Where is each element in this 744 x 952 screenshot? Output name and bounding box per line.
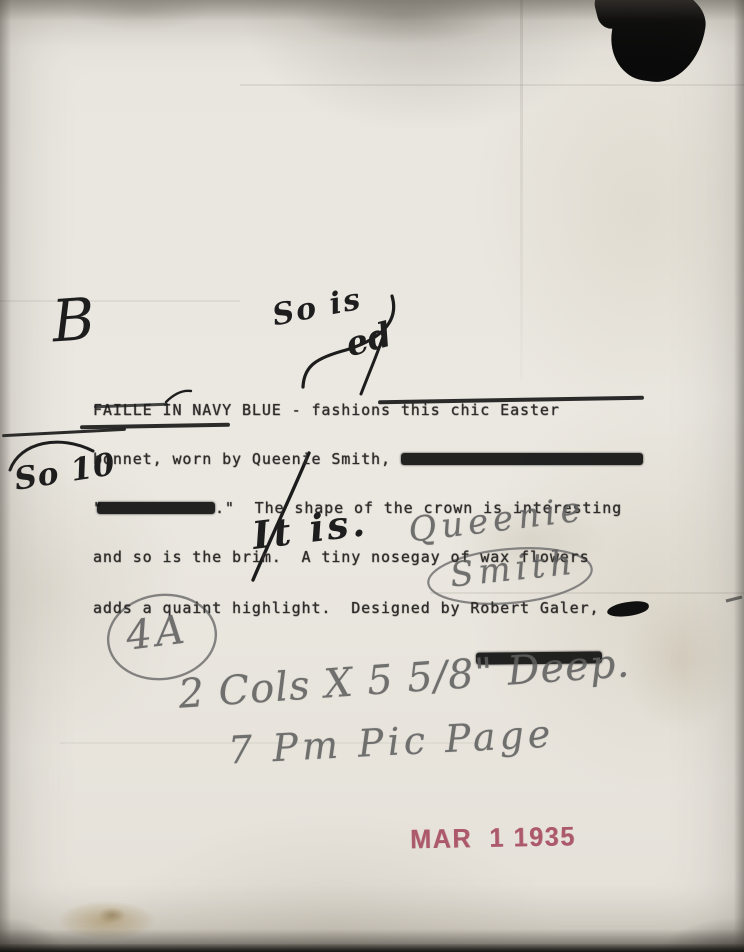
edge-mark <box>726 597 742 601</box>
crease-line <box>240 84 744 86</box>
handwritten-letter-b: B <box>50 285 97 356</box>
ink-blot-small <box>607 600 650 618</box>
caption-line-2-text: bonnet, worn by Queenie Smith, <box>93 450 401 468</box>
redaction-bar <box>401 453 643 465</box>
smudge-stain <box>40 0 240 40</box>
handwritten-page-note: 7 Pm Pic Page <box>227 711 555 772</box>
smudge-stain <box>250 0 550 56</box>
handwritten-circled-code: 4A <box>123 606 190 659</box>
crease-line <box>520 0 523 380</box>
tan-stain <box>92 904 132 926</box>
photo-verso-page: FAILLE IN NAVY BLUE - fashions this chic… <box>0 0 744 952</box>
tan-stain <box>48 892 178 944</box>
crease-line <box>0 300 240 302</box>
handwritten-ed: ed <box>342 315 396 365</box>
date-stamp: MAR 1 1935 <box>410 822 576 856</box>
caption-line-1: FAILLE IN NAVY BLUE - fashions this chic… <box>93 402 649 418</box>
caption-line-2: bonnet, worn by Queenie Smith, <box>93 451 649 467</box>
redaction-bar <box>97 502 215 514</box>
bottom-edge-shadow <box>0 944 744 952</box>
